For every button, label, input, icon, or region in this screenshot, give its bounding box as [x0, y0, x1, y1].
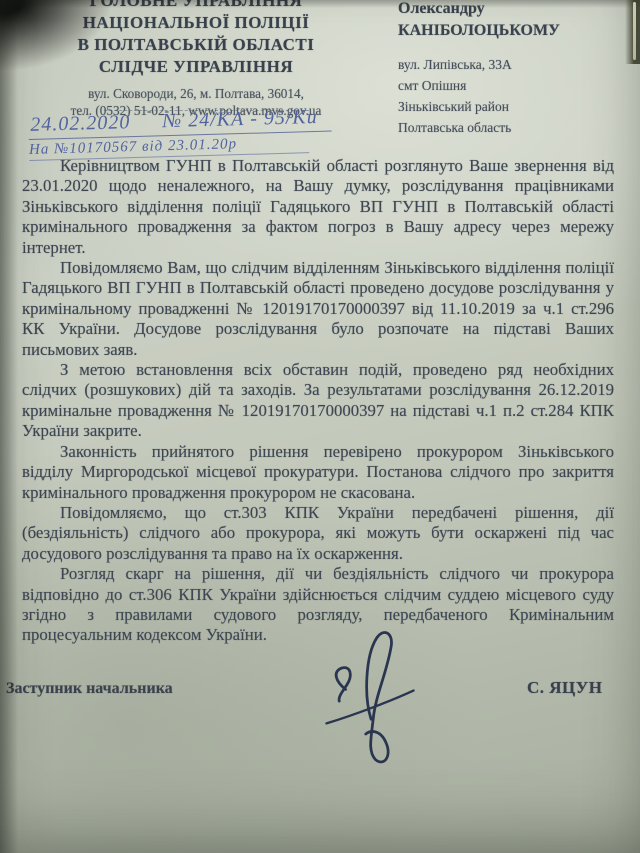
- recipient-last-name: КАНІБОЛОЦЬКОМУ: [398, 20, 623, 42]
- recipient-block: Олександру КАНІБОЛОЦЬКОМУ вул. Липівська…: [398, 0, 623, 138]
- document-photo: ГОЛОВНЕ УПРАВЛІННЯ НАЦІОНАЛЬНОЇ ПОЛІЦІЇ …: [0, 0, 640, 853]
- org-address-line-1: вул. Сковороди, 26, м. Полтава, 36014,: [24, 85, 368, 102]
- ref-date: 24.02.2020: [30, 111, 131, 136]
- photo-shadow-edge-left: [0, 0, 18, 853]
- signature-ink: [322, 630, 418, 768]
- reference-block: 24.02.2020 № 24/КА - 95/Ки На №10170567 …: [28, 104, 333, 161]
- signatory-position: Заступник начальника: [6, 680, 173, 698]
- org-name-line-3: В ПОЛТАВСЬКІЙ ОБЛАСТІ: [24, 34, 368, 56]
- recipient-address-block: вул. Липівська, 33А смт Опішня Зіньківсь…: [398, 54, 623, 138]
- signatory-name: С. ЯЦУН: [527, 678, 602, 698]
- recipient-address-district: Зіньківський район: [398, 96, 623, 117]
- recipient-first-name: Олександру: [398, 0, 623, 20]
- body-paragraph-1: Керівництвом ГУНП в Полтавській області …: [22, 156, 614, 258]
- body-paragraph-5: Повідомляємо, що ст.303 КПК України пере…: [22, 503, 614, 564]
- body-paragraph-3: З метою встановлення всіх обставин подій…: [22, 360, 614, 442]
- org-name-line-4: СЛІДЧЕ УПРАВЛІННЯ: [24, 56, 368, 78]
- ref-number: № 24/КА - 95/Ки: [162, 106, 318, 132]
- body-paragraph-6: Розгляд скарг на рішення, дії чи бездіял…: [22, 564, 614, 646]
- recipient-address-town: смт Опішня: [398, 75, 623, 96]
- recipient-address-street: вул. Липівська, 33А: [398, 54, 623, 75]
- org-name-line-1: ГОЛОВНЕ УПРАВЛІННЯ: [24, 0, 368, 12]
- letter-body: Керівництвом ГУНП в Полтавській області …: [22, 156, 614, 646]
- handwritten-signature: [322, 630, 418, 768]
- org-name-line-2: НАЦІОНАЛЬНОЇ ПОЛІЦІЇ: [24, 12, 368, 34]
- body-paragraph-4: Законність прийнятого рішення перевірено…: [22, 442, 614, 503]
- letterhead-org-block: ГОЛОВНЕ УПРАВЛІННЯ НАЦІОНАЛЬНОЇ ПОЛІЦІЇ …: [24, 0, 368, 119]
- recipient-address-region: Полтавська область: [398, 117, 623, 138]
- body-paragraph-2: Повідомляємо Вам, що слідчим відділенням…: [22, 258, 614, 360]
- paper-edge-highlight: [633, 2, 636, 60]
- photo-background-corner-topright: [625, 0, 640, 64]
